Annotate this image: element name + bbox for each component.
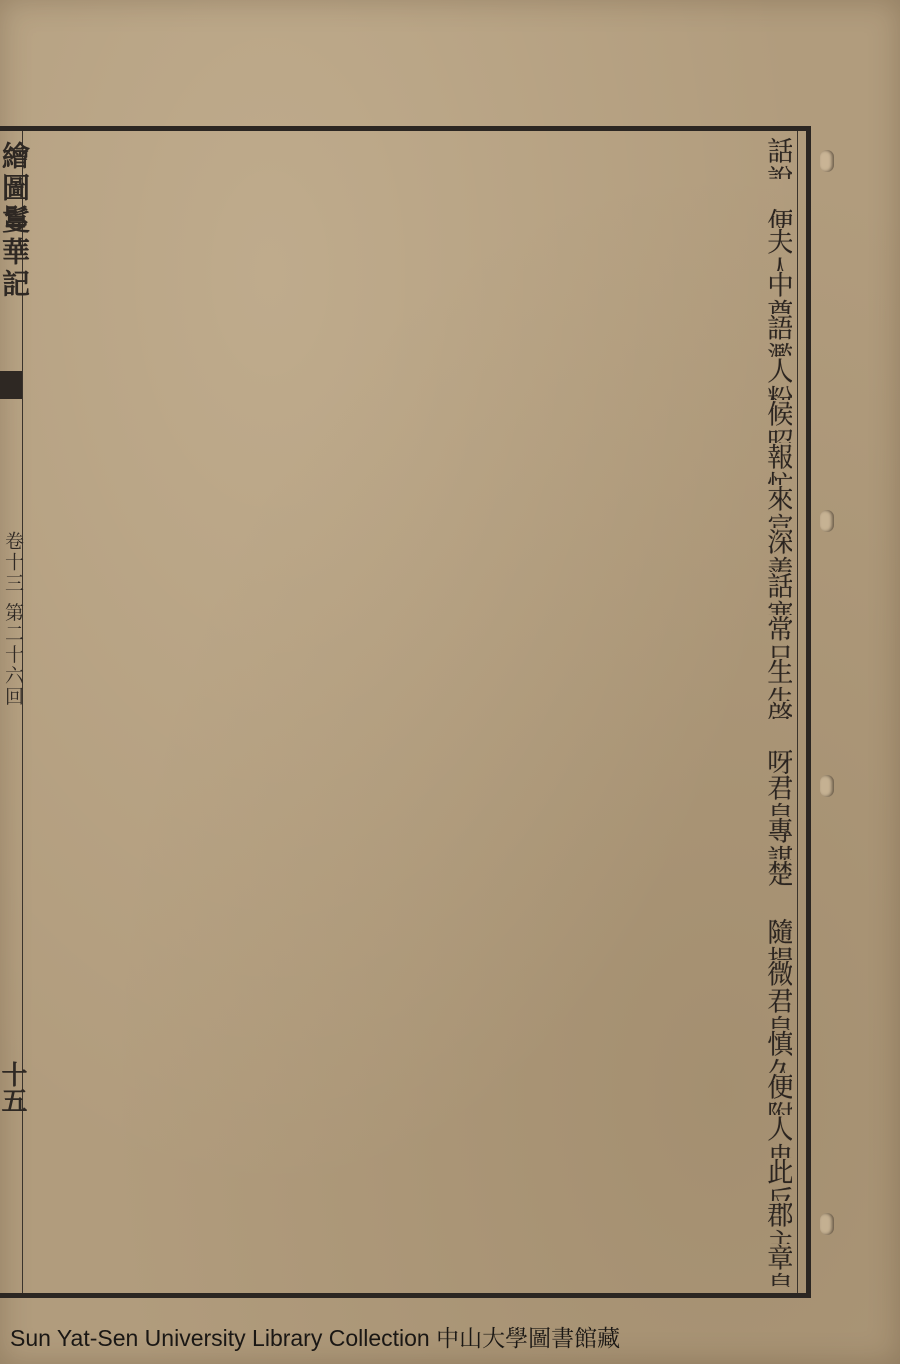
text-column: 便回不去待端陽日再去與娘娘賀節罷家人答應了回來覆命 — [763, 179, 792, 228]
text-column: 話寒溫將言笑謂夫人道每羨卿家種福深生此無雙奇女子全忠全孝冠羣英我朝盛事超今古青史… — [763, 572, 792, 615]
text-column: 生生世世報難清惟祈聖母千秋健更祝朝廷萬歲春永保皇圖傳奕世河清海宴享昇平君皇太后聞… — [763, 658, 792, 701]
fish-tail-mark — [0, 371, 22, 399]
chapter-number: 第二十六回 — [2, 602, 24, 707]
text-column: 人冉拜將恩謝國母觀之喜色揚語道慈親真體貼我因此事每牽腸欲求封誥生身母只為長嫡母猶… — [763, 1115, 792, 1158]
watermark-english: Sun Yat-Sen University Library Collectio… — [10, 1325, 430, 1351]
text-column: 候昭陽掌印人母女屢前登寶轎排開儀從出朱門黃羅寶蓋當前舉五色旌旂取次行一到禁門齊歇… — [763, 400, 792, 443]
volume-label: 卷十三 — [2, 531, 24, 594]
text-column: 夫人點首自無云次早娘兒早起梳洗僕婦丫鬟同伺候各皆冠帶盛粧盛用其早點高堂去母女相辭… — [763, 228, 792, 271]
text-column: 深羨風流相獨占人間第一春母女當時行禮畢太娘娘含歡賜坐錦花墩夫人母女將恩謝雙雙告謝… — [763, 528, 792, 572]
text-column: 隨提御筆立書了一道誥敕封慕容氏為貞淑夫人賜續前盟改作少霞副室敕罷付與女侯郡主接來… — [763, 889, 792, 960]
library-watermark: Sun Yat-Sen University Library Collectio… — [10, 1320, 620, 1353]
binding-hole — [820, 510, 834, 532]
text-column: 微皺只恐反見不美為純娘所疑天顏之下又不便瑣瑣再陳只得捧誥謝恩三呼再拜 — [763, 960, 792, 987]
body-text: 話說次日午後太君差遣家人前往文府照會姑娘問其可否同去入宮文太太因瑞生昨日忽然身上… — [24, 137, 792, 1287]
text-column: 便附伏君前奏此詳要乞殊恩封柳氏念其副室頗賢良前天子天顏一笑無難色內侍研來御墨香一… — [763, 1073, 792, 1116]
text-column: 君皇命起美紅粧太郡旁邊自忖量既然他副室並堪沾聖澤我何不亦求一贈柳姨娘中宮皇后原他… — [763, 987, 792, 1030]
text-column: 君皇座上問根由此際為難英烈侯只為良人詳囑咐隨蓮聖主怎追求含糊若說身猶在必使加封一… — [763, 774, 792, 817]
text-column: 來宣入母女當前謝聖恩太后座中忙命挽君皇傳旨賜平身含歡凝視多才女似覺新粧更出塵明媚… — [763, 485, 792, 528]
chapter-label: 卷十三 第二十六回 — [0, 531, 27, 707]
text-column: 報忙去昭陽奏一聲不道君皇和國母皆於太后上宮存內官忙又回身去跪倒簾前奏此情太后君皇… — [763, 443, 792, 486]
text-column: 語濫邀恩這句話只緣前聽粧前語欲懲驚封過二人想起特來為囑咐切勿把閑情瑣瑣達朝廷女侯… — [763, 314, 792, 357]
text-column: 中尊娘兒答應回聲出來了風流相國臣私語叮嚀賢郡主夫人此去入宮門純娘一任求封典沃氏由… — [763, 271, 792, 314]
page-frame: 繪圖鬘華記 卷十三 第二十六回 十五 話說次日午後太君差遣家人前往文府照會姑娘問… — [0, 126, 811, 1298]
watermark-chinese: 中山大學圖書館藏 — [436, 1326, 620, 1352]
text-column: 常日繫胸襟因何久不來宮禁想為新婚多事情太后娘娘言訖笑夫人立起答殷勤閨娃深負爲粧罪… — [763, 615, 792, 658]
page-margin-banxin: 繪圖鬘華記 卷十三 第二十六回 十五 — [0, 131, 23, 1293]
binding-hole — [820, 1213, 834, 1235]
text-column: 專謀沉吟只得將言奏那一個沃氏雖然身尚留素染瘋癲奇怪症于歸後行多失德負慈尤因此上翁… — [763, 817, 792, 860]
text-column: 郡主一齊跪送鑾羅袞皇爺上輦離宮去夫人等方始回身入殿郇郡主欲參張太后并同邵氏老娘娘… — [763, 1201, 792, 1244]
binding-hole — [820, 775, 834, 797]
text-column: 呀奇也聽說文卿續配乃故侍郎沃維新之女忠又有一個慕容氏出來那沃氏何在 — [763, 719, 792, 774]
text-column: 此反參商不期嫡母為相請使我多時夙願償不說宮中心甚悅皇太后傳教賜宴美紅粧宮娥內侍齊… — [763, 1158, 792, 1201]
text-column: 話說次日午後太君差遣家人前往文府照會姑娘問其可否同去入宮文太太因瑞生昨日忽然身上… — [763, 137, 792, 179]
text-column: 楚囚何感吾皇垂問及只恐那瘋人難與慕容儔女侯粉飾其詞奏明天子一笑無言不暫留 — [763, 860, 792, 889]
frame-inner-rule — [797, 131, 798, 1293]
text-column: 人粉頰生春皆竊笑那邊又到慕容純上前安候同相見笑語紛然列滿庭外面傳言儀仗備夫人母女… — [763, 357, 792, 400]
text-column: 啓奏求恩賜誥慕容純其中曲折分明訴天子驚疑說一聲 — [763, 701, 792, 719]
text-column: 章皇太后言稱可笑說深宮道路長便令宮官抬便輦賜他母女遶宮牆女侯不敢忙辭謝太后含歡道… — [763, 1244, 792, 1287]
text-column: 慎久思為請一封章只因他相公生就迂拘性生恐怕內戚邀寵謗毀揚且待我趁便令朝陳帝主也教… — [763, 1030, 792, 1073]
binding-hole — [820, 150, 834, 172]
